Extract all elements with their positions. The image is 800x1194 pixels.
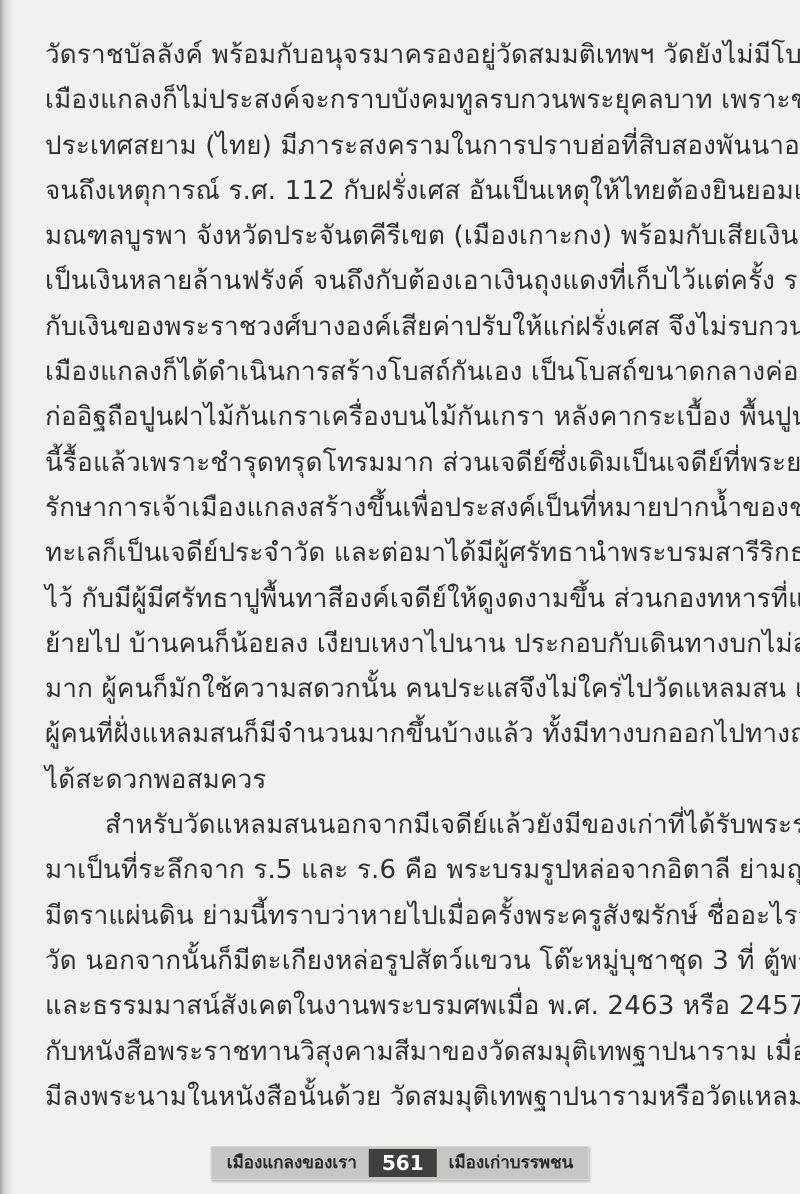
footer-series-title: เมืองแกลงของเรา [227,1146,357,1180]
scanned-book-page: วัดราชบัลลังค์ พร้อมกับอนุจรมาครองอยู่วั… [0,0,800,1194]
text-line: มาเป็นที่ระลึกจาก ร.5 และ ร.6 คือ พระบรม… [45,848,768,893]
text-line: วัด นอกจากนั้นก็มีตะเกียงหล่อรูปสัตว์แขว… [45,939,768,984]
text-line: ประเทศสยาม (ไทย) มีภาระสงครามในการปราบฮ่… [45,124,768,169]
text-line: มีตราแผ่นดิน ย่ามนี้ทราบว่าหายไปเมื่อครั… [45,894,768,939]
text-line: มณฑลบูรพา จังหวัดประจันตคีรีเขต (เมืองเก… [45,214,768,259]
text-line: ไว้ กับมีผู้มีศรัทธาปูพื้นทาสีองค์เจดีย์… [45,577,768,622]
text-line: นี้รื้อแล้วเพราะชำรุดทรุดโทรมมาก ส่วนเจด… [45,441,768,486]
footer-chapter-title: เมืองเก่าบรรพชน [449,1146,574,1180]
body-text: วัดราชบัลลังค์ พร้อมกับอนุจรมาครองอยู่วั… [45,33,768,1120]
text-line: ผู้คนที่ฝั่งแหลมสนก็มีจำนวนมากขึ้นบ้างแล… [45,712,768,757]
text-line: รักษาการเจ้าเมืองแกลงสร้างขึ้นเพื่อประสง… [45,486,768,531]
page-footer: เมืองแกลงของเรา 561 เมืองเก่าบรรพชน [211,1146,589,1180]
text-line: กับหนังสือพระราชทานวิสุงคามสีมาของวัดสมม… [45,1030,768,1075]
text-line: ก่ออิฐถือปูนฝาไม้กันเกราเครื่องบนไม้กันเ… [45,395,768,440]
text-line: จนถึงเหตุการณ์ ร.ศ. 112 กับฝรั่งเศส อันเ… [45,169,768,214]
text-line: ย้ายไป บ้านคนก็น้อยลง เงียบเหงาไปนาน ประ… [45,622,768,667]
text-line: เมืองแกลงก็ได้ดำเนินการสร้างโบสถ์กันเอง … [45,350,768,395]
text-line: ได้สะดวกพอสมควร [45,758,768,803]
text-line: มาก ผู้คนก็มักใช้ความสดวกนั้น คนประแสจึง… [45,667,768,712]
text-line: มีลงพระนามในหนังสือนั้นด้วย วัดสมมุติเทพ… [45,1075,768,1120]
text-line: สำหรับวัดแหลมสนนอกจากมีเจดีย์แล้วยังมีขอ… [45,803,768,848]
text-line: เมืองแกลงก็ไม่ประสงค์จะกราบบังคมทูลรบกวน… [45,78,768,123]
text-line: วัดราชบัลลังค์ พร้อมกับอนุจรมาครองอยู่วั… [45,33,768,78]
text-line: เป็นเงินหลายล้านฟรังค์ จนถึงกับต้องเอาเง… [45,259,768,304]
text-line: และธรรมมาสน์สังเคตในงานพระบรมศพเมื่อ พ.ศ… [45,984,768,1029]
text-line: กับเงินของพระราชวงศ์บางองค์เสียค่าปรับให… [45,305,768,350]
page-number: 561 [369,1149,437,1177]
text-line: ทะเลก็เป็นเจดีย์ประจำวัด และต่อมาได้มีผู… [45,531,768,576]
